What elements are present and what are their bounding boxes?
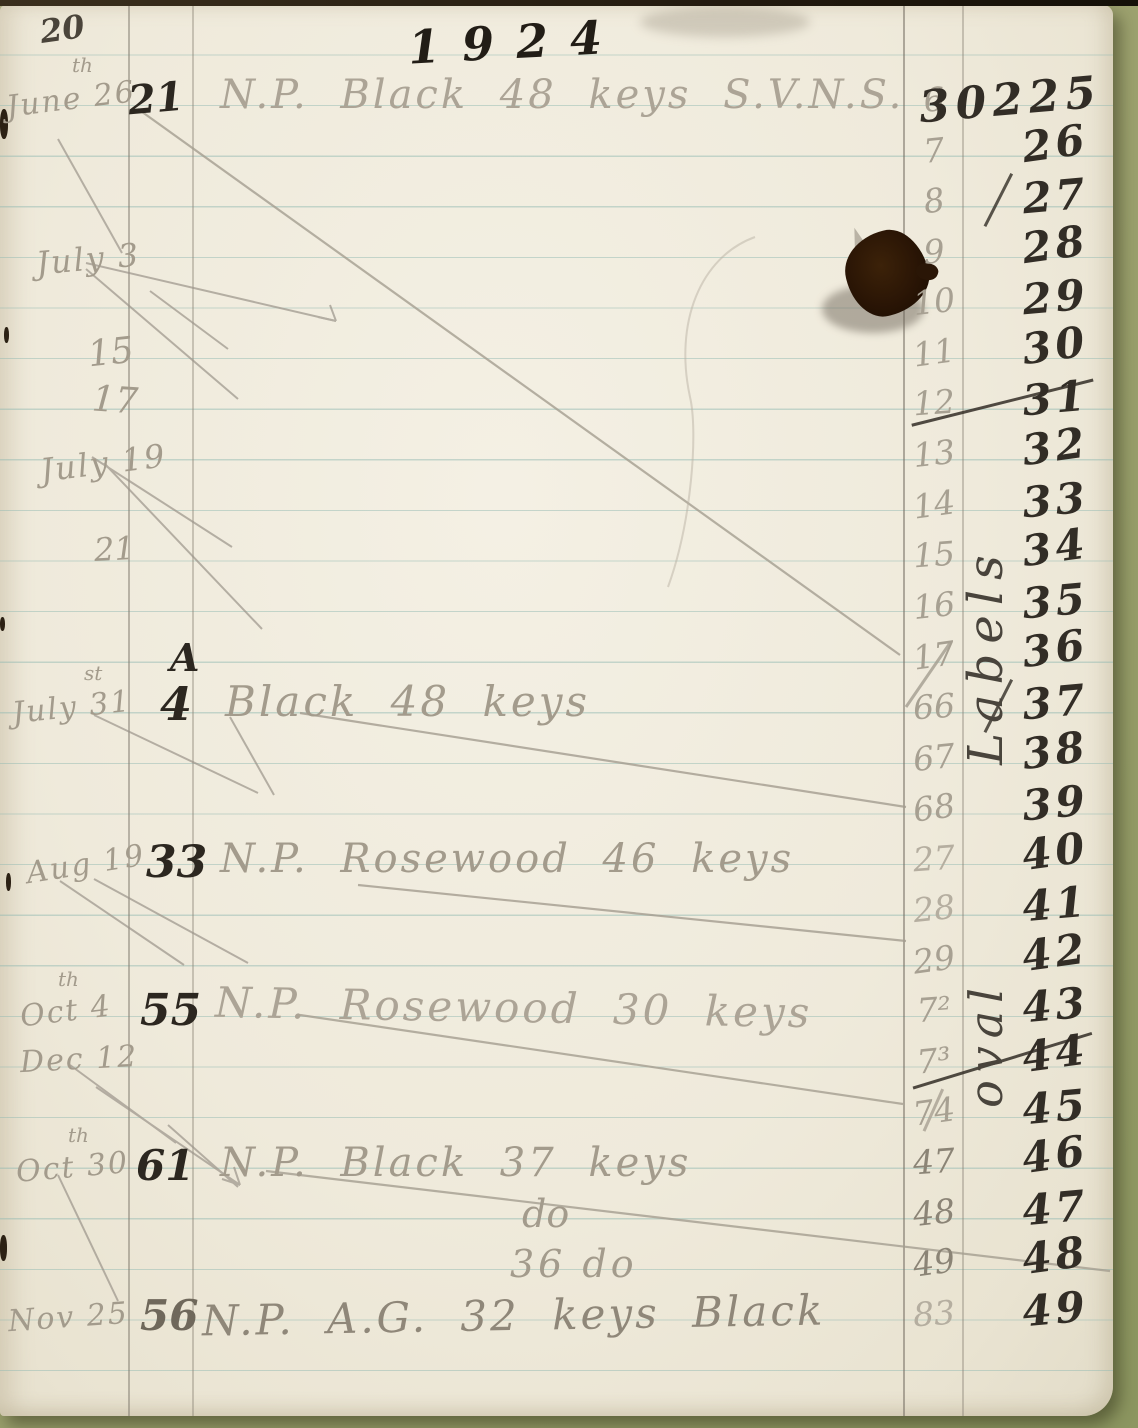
entry-model-number: 4 [160,681,192,727]
entry-description: N.P. Rosewood 30 keys [215,982,813,1034]
year-title: 1924 [407,13,625,70]
entry-description: N.P. Rosewood 46 keys [220,839,794,879]
diagonal-stroke [300,713,906,807]
entry-description: Black 48 keys [225,681,590,723]
entry-description: N.P. A.G. 32 keys Black [202,1290,826,1343]
entry-description: N.P. Black 37 keys [220,1143,691,1183]
entry-date: Dec 12 [19,1042,139,1078]
arrowhead [330,305,336,321]
entry-model-number: 55 [140,989,201,1033]
ledger-page: 20 1924 June 26 th 21 N.P. Black 48 keys… [0,5,1113,1416]
entry-ditto: 36 do [510,1245,638,1283]
entry-model-prefix: A [170,639,199,677]
photo-top-edge [0,0,1138,6]
entry-model-number: 56 [140,1295,198,1337]
entry-model-number: 61 [136,1145,194,1187]
diagonal-stroke [358,885,906,941]
page-number: 20 [38,10,87,48]
faint-pencil-curve [668,237,755,587]
entry-model-number: 33 [146,841,207,885]
margin-stroke [150,291,228,349]
entry-date-suffix: th [58,969,79,989]
arrowhead [318,317,336,321]
margin-date: 17 [91,381,139,420]
margin-date: 15 [86,333,135,374]
margin-date: July 3 [35,239,142,280]
margin-stroke [94,879,248,963]
entry-ditto: do [522,1195,569,1233]
entry-date: Nov 25 [7,1299,130,1337]
entry-date-suffix: th [68,1125,89,1145]
diagonal-stroke [138,109,900,655]
margin-stroke [58,1175,118,1301]
entry-model-number: 21 [126,77,185,122]
entry-date-suffix: th [72,55,93,75]
margin-date: 21 [93,532,135,566]
margin-stroke [58,139,122,253]
entry-description: N.P. Black 48 keys S.V.N.S. [220,75,904,115]
vertical-note-labels: Labels [958,437,1014,873]
entry-date-suffix: st [84,663,102,683]
vertical-note-oval: oval [959,910,1013,1178]
